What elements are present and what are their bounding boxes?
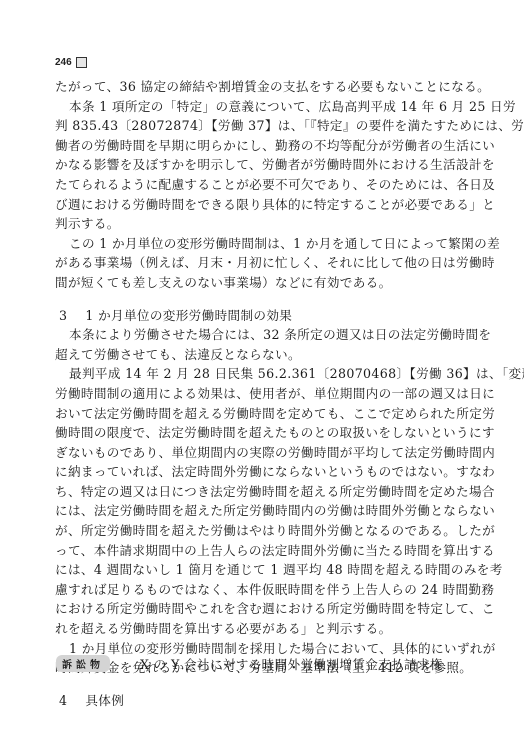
text-line: 本条により労働させた場合には、32 条所定の週又は日の法定労働時間を [55, 325, 439, 345]
text-line: れを超える労働時間を算出する必要がある」と判示する。 [55, 619, 439, 639]
text-line: 最判平成 14 年 2 月 28 日民集 56.2.361〔28070468〕【… [55, 364, 439, 384]
text-line: かなる影響を及ぼすかを明示して、労働者が労働時間外における生活設計を [55, 155, 439, 175]
text-line: 働時間の限度で、法定労働時間を超えたものとの取扱いをしないというにす [55, 423, 439, 443]
claim-text: X の Y 会社に対する時間外労働割増賃金支払請求権 [140, 654, 443, 673]
page-header: 246 [55, 57, 87, 68]
section-number: 3 [55, 306, 81, 326]
text-line: に納まっていれば、法定時間外労働にならないというものではない。すなわ [55, 462, 439, 482]
paragraph-tokutei-definition: 本条 1 項所定の「特定」の意義について、広島高判平成 14 年 6 月 25 … [55, 97, 439, 234]
text-line: って、本件請求期間中の上告人らの法定時間外労働に当たる時間を算出する [55, 541, 439, 561]
text-line: この 1 か月単位の変形労働時間制は、1 か月を通して日によって繁閑の差 [55, 234, 439, 254]
text-line: がある事業場（例えば、月末・月初に忙しく、それに比して他の日は労働時 [55, 253, 439, 273]
text-line: 本条 1 項所定の「特定」の意義について、広島高判平成 14 年 6 月 25 … [55, 97, 439, 117]
text-line: 判 835.43〔28072874〕【労働 37】は、「『特定』の要件を満たすた… [55, 116, 439, 136]
text-line: 間が短くても差し支えのない事業場）などに有効である。 [55, 273, 439, 293]
section-4-heading: 4 具体例 [55, 691, 439, 711]
text-line: ち、特定の週又は日につき法定労働時間を超える所定労働時間を定めた場合 [55, 482, 439, 502]
paragraph-effectiveness: この 1 か月単位の変形労働時間制は、1 か月を通して日によって繁閑の差 がある… [55, 234, 439, 293]
text-line: たがって、36 協定の締結や割増賃金の支払をする必要もないことになる。 [55, 77, 439, 97]
text-line: おいて法定労働時間を超える労働時間を定めても、ここで定められた所定労 [55, 404, 439, 424]
text-line: が、所定労働時間を超えた労働はやはり時間外労働となるのである。したが [55, 521, 439, 541]
document-page: 246 たがって、36 協定の締結や割増賃金の支払をする必要もないことになる。 … [0, 0, 524, 743]
body-text: たがって、36 協定の締結や割増賃金の支払をする必要もないことになる。 本条 1… [55, 77, 439, 710]
paragraph-continuation: たがって、36 協定の締結や割増賃金の支払をする必要もないことになる。 [55, 77, 439, 97]
paragraph-supreme-court-ruling: 最判平成 14 年 2 月 28 日民集 56.2.361〔28070468〕【… [55, 364, 439, 638]
paragraph-legal-effect: 本条により労働させた場合には、32 条所定の週又は日の法定労働時間を 超えて労働… [55, 325, 439, 364]
text-line: ぎないものであり、単位期間内の実際の労働時間が平均して法定労働時間内 [55, 443, 439, 463]
text-line: には、法定労働時間を超えた所定労働時間内の労働は時間外労働とならない [55, 501, 439, 521]
text-line: 慮すれば足りるものではなく、本件仮眠時間を伴う上告人らの 24 時間勤務 [55, 580, 439, 600]
text-line: 判示する。 [55, 214, 439, 234]
text-line: 働者の労働時間を早期に明らかにし、勤務の不均等配分が労働者の生活にい [55, 136, 439, 156]
square-box-icon [76, 57, 87, 68]
section-title: 具体例 [85, 693, 124, 708]
section-title: 1 か月単位の変形労働時間制の効果 [85, 308, 292, 323]
text-line: 労働時間制の適用による効果は、使用者が、単位期間内の一部の週又は日に [55, 384, 439, 404]
text-line: には、4 週間ないし 1 箇月を通じて 1 週平均 48 時間を超える時間のみを… [55, 560, 439, 580]
section-3-heading: 3 1 か月単位の変形労働時間制の効果 [55, 306, 439, 326]
claim-row: 訴訟物 X の Y 会社に対する時間外労働割増賃金支払請求権 [56, 654, 443, 673]
section-number: 4 [55, 691, 81, 711]
text-line: 超えて労働させても、法違反とならない。 [55, 345, 439, 365]
text-line: たてられるように配慮することが必要不可欠であり、そのためには、各日及 [55, 175, 439, 195]
text-line: び週における労働時間をできる限り具体的に特定することが必要である」と [55, 195, 439, 215]
text-line: における所定労働時間やこれを含む週における所定労働時間を特定して、こ [55, 599, 439, 619]
claim-badge: 訴訟物 [56, 655, 110, 672]
page-number: 246 [55, 57, 72, 68]
